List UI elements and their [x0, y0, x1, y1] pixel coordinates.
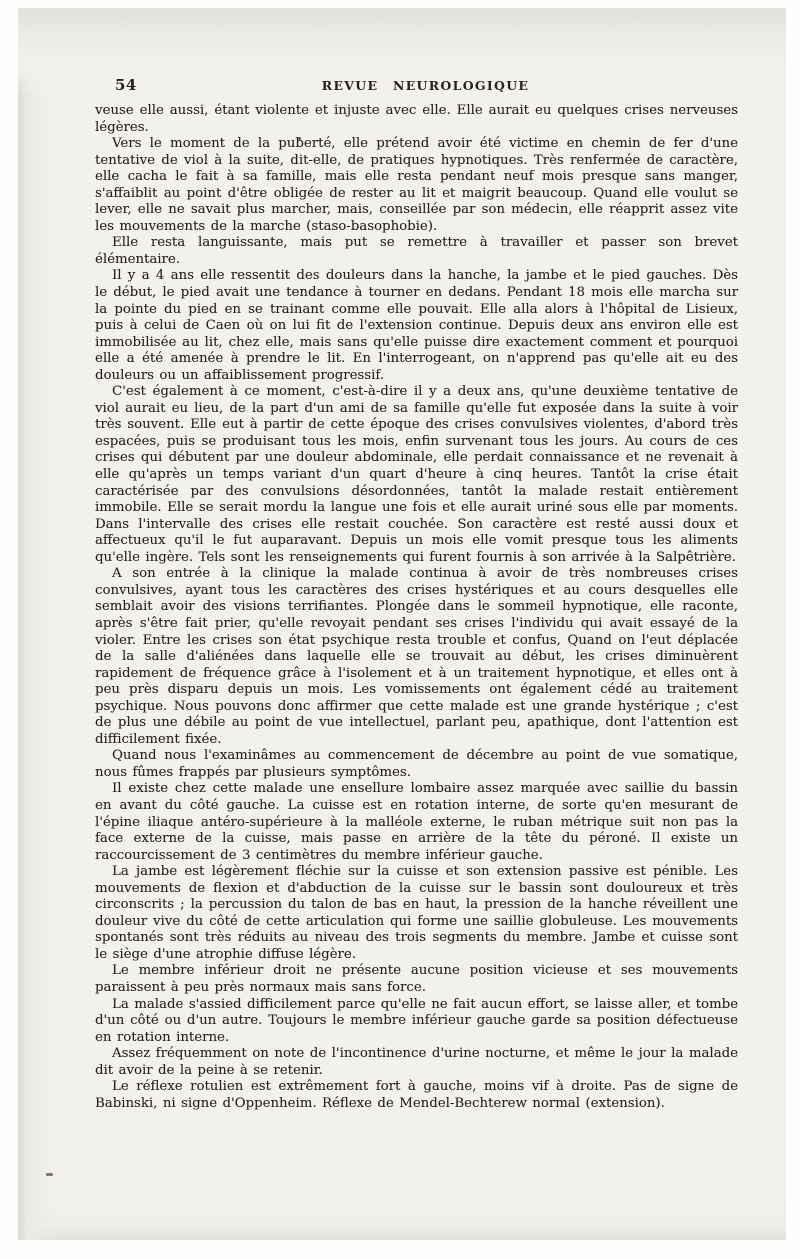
body-text: veuse elle aussi, étant violente et inju…: [95, 103, 738, 1112]
paragraph: Quand nous l'examinâmes au commencement …: [95, 748, 738, 781]
paragraph: Le membre inférieur droit ne présente au…: [95, 963, 738, 996]
journal-title: REVUE NEUROLOGIQUE: [322, 78, 529, 93]
paragraph: Il y a 4 ans elle ressentit des douleurs…: [95, 268, 738, 384]
paragraph: Assez fréquemment on note de l'incontine…: [95, 1046, 738, 1079]
paragraph: Elle resta languissante, mais put se rem…: [95, 235, 738, 268]
paragraph: veuse elle aussi, étant violente et inju…: [95, 103, 738, 136]
running-head: 54 REVUE NEUROLOGIQUE: [95, 76, 756, 96]
paragraph: Le réflexe rotulien est extrêmement fort…: [95, 1079, 738, 1112]
paragraph: Il existe chez cette malade une ensellur…: [95, 781, 738, 864]
page-number: 54: [115, 76, 137, 94]
paper-sheet: 54 REVUE NEUROLOGIQUE veuse elle aussi, …: [18, 8, 786, 1240]
paragraph: Vers le moment de la puberté, elle préte…: [95, 136, 738, 235]
paragraph: La jambe est légèrement fléchie sur la c…: [95, 864, 738, 963]
ink-speck: [298, 137, 301, 140]
paragraph: A son entrée à la clinique la malade con…: [95, 566, 738, 748]
scanned-page: 54 REVUE NEUROLOGIQUE veuse elle aussi, …: [0, 0, 800, 1259]
ink-speck: [46, 1173, 53, 1176]
paragraph: La malade s'assied difficilement parce q…: [95, 997, 738, 1047]
paragraph: C'est également à ce moment, c'est-à-dir…: [95, 384, 738, 566]
